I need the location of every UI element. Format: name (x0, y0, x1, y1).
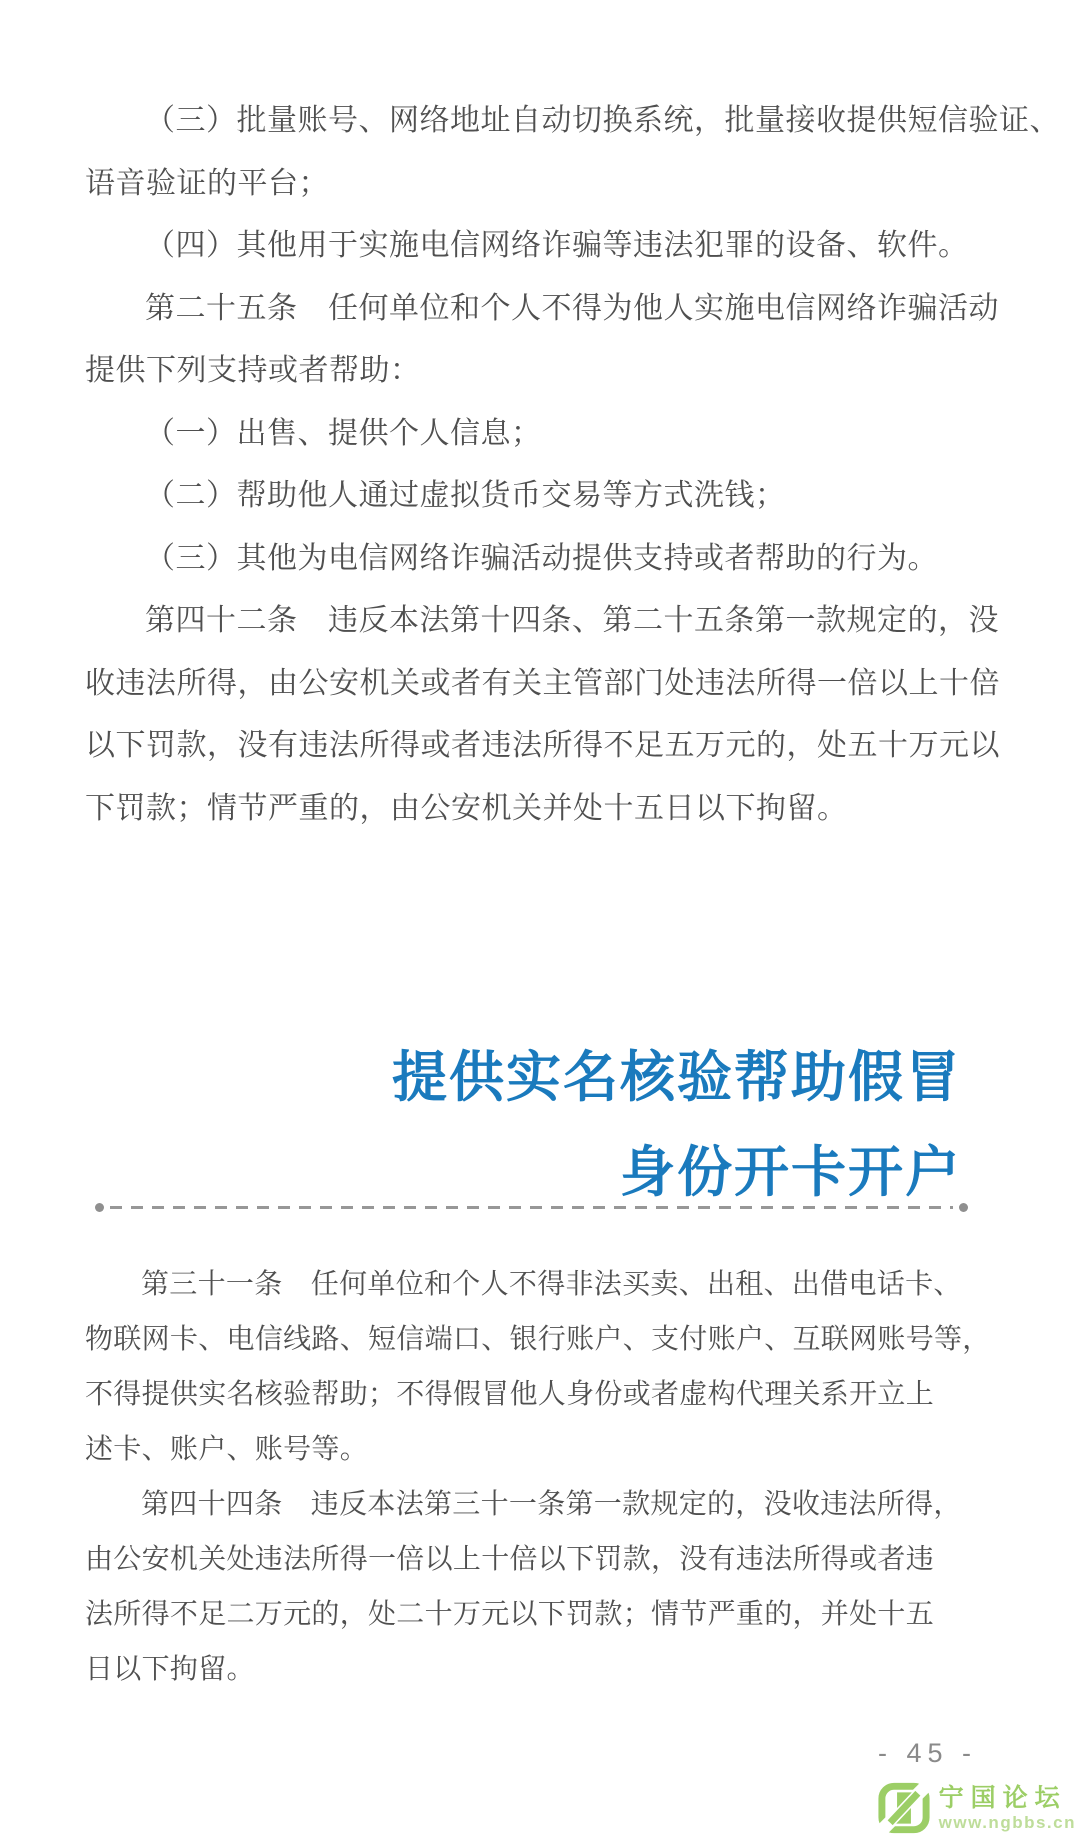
law-text-line: 第三十一条 任何单位和个人不得非法买卖、出租、出借电话卡、 (85, 1256, 992, 1311)
divider-end-dot-left (95, 1203, 104, 1212)
law-text-line: 提供下列支持或者帮助： (85, 340, 992, 403)
law-text-line: （三）其他为电信网络诈骗活动提供支持或者帮助的行为。 (85, 528, 992, 591)
law-text-block-top: （三）批量账号、网络地址自动切换系统，批量接收提供短信验证、 语音验证的平台； … (85, 90, 992, 840)
watermark-site-name: 宁国论坛 (939, 1786, 1076, 1811)
law-text-line: 第四十四条 违反本法第三十一条第一款规定的，没收违法所得， (85, 1476, 992, 1531)
law-text-line: 语音验证的平台； (85, 153, 992, 216)
ngbbs-logo-icon (877, 1782, 931, 1834)
section-heading-line-1: 提供实名核验帮助假冒 (85, 1030, 962, 1125)
law-text-line: （一）出售、提供个人信息； (85, 403, 992, 466)
law-text-line: 物联网卡、电信线路、短信端口、银行账户、支付账户、互联网账号等， (85, 1311, 992, 1366)
law-text-line: 日以下拘留。 (85, 1641, 992, 1696)
section-heading: 提供实名核验帮助假冒 身份开卡开户 (85, 1030, 962, 1220)
watermark-site-url: www.ngbbs.cn (939, 1814, 1076, 1831)
divider-end-dot-right (959, 1203, 968, 1212)
law-text-line: 不得提供实名核验帮助；不得假冒他人身份或者虚构代理关系开立上 (85, 1366, 992, 1421)
watermark-text: 宁国论坛 www.ngbbs.cn (939, 1786, 1076, 1831)
law-text-line: 以下罚款，没有违法所得或者违法所得不足五万元的，处五十万元以 (85, 715, 992, 778)
divider-dashed-line (110, 1206, 953, 1209)
law-text-block-bottom: 第三十一条 任何单位和个人不得非法买卖、出租、出借电话卡、 物联网卡、电信线路、… (85, 1256, 992, 1696)
dashed-divider (95, 1199, 968, 1215)
law-text-line: （四）其他用于实施电信网络诈骗等违法犯罪的设备、软件。 (85, 215, 992, 278)
document-page: （三）批量账号、网络地址自动切换系统，批量接收提供短信验证、 语音验证的平台； … (0, 0, 1080, 1844)
law-text-line: 第二十五条 任何单位和个人不得为他人实施电信网络诈骗活动 (85, 278, 992, 341)
law-text-line: 由公安机关处违法所得一倍以上十倍以下罚款，没有违法所得或者违 (85, 1531, 992, 1586)
law-text-line: 下罚款；情节严重的，由公安机关并处十五日以下拘留。 (85, 778, 992, 841)
site-watermark: 宁国论坛 www.ngbbs.cn (877, 1782, 1076, 1834)
law-text-line: （二）帮助他人通过虚拟货币交易等方式洗钱； (85, 465, 992, 528)
law-text-line: （三）批量账号、网络地址自动切换系统，批量接收提供短信验证、 (85, 90, 992, 153)
law-text-line: 述卡、账户、账号等。 (85, 1421, 992, 1476)
law-text-line: 法所得不足二万元的，处二十万元以下罚款；情节严重的，并处十五 (85, 1586, 992, 1641)
page-number: - 45 - (878, 1738, 977, 1769)
law-text-line: 收违法所得，由公安机关或者有关主管部门处违法所得一倍以上十倍 (85, 653, 992, 716)
law-text-line: 第四十二条 违反本法第十四条、第二十五条第一款规定的，没 (85, 590, 992, 653)
